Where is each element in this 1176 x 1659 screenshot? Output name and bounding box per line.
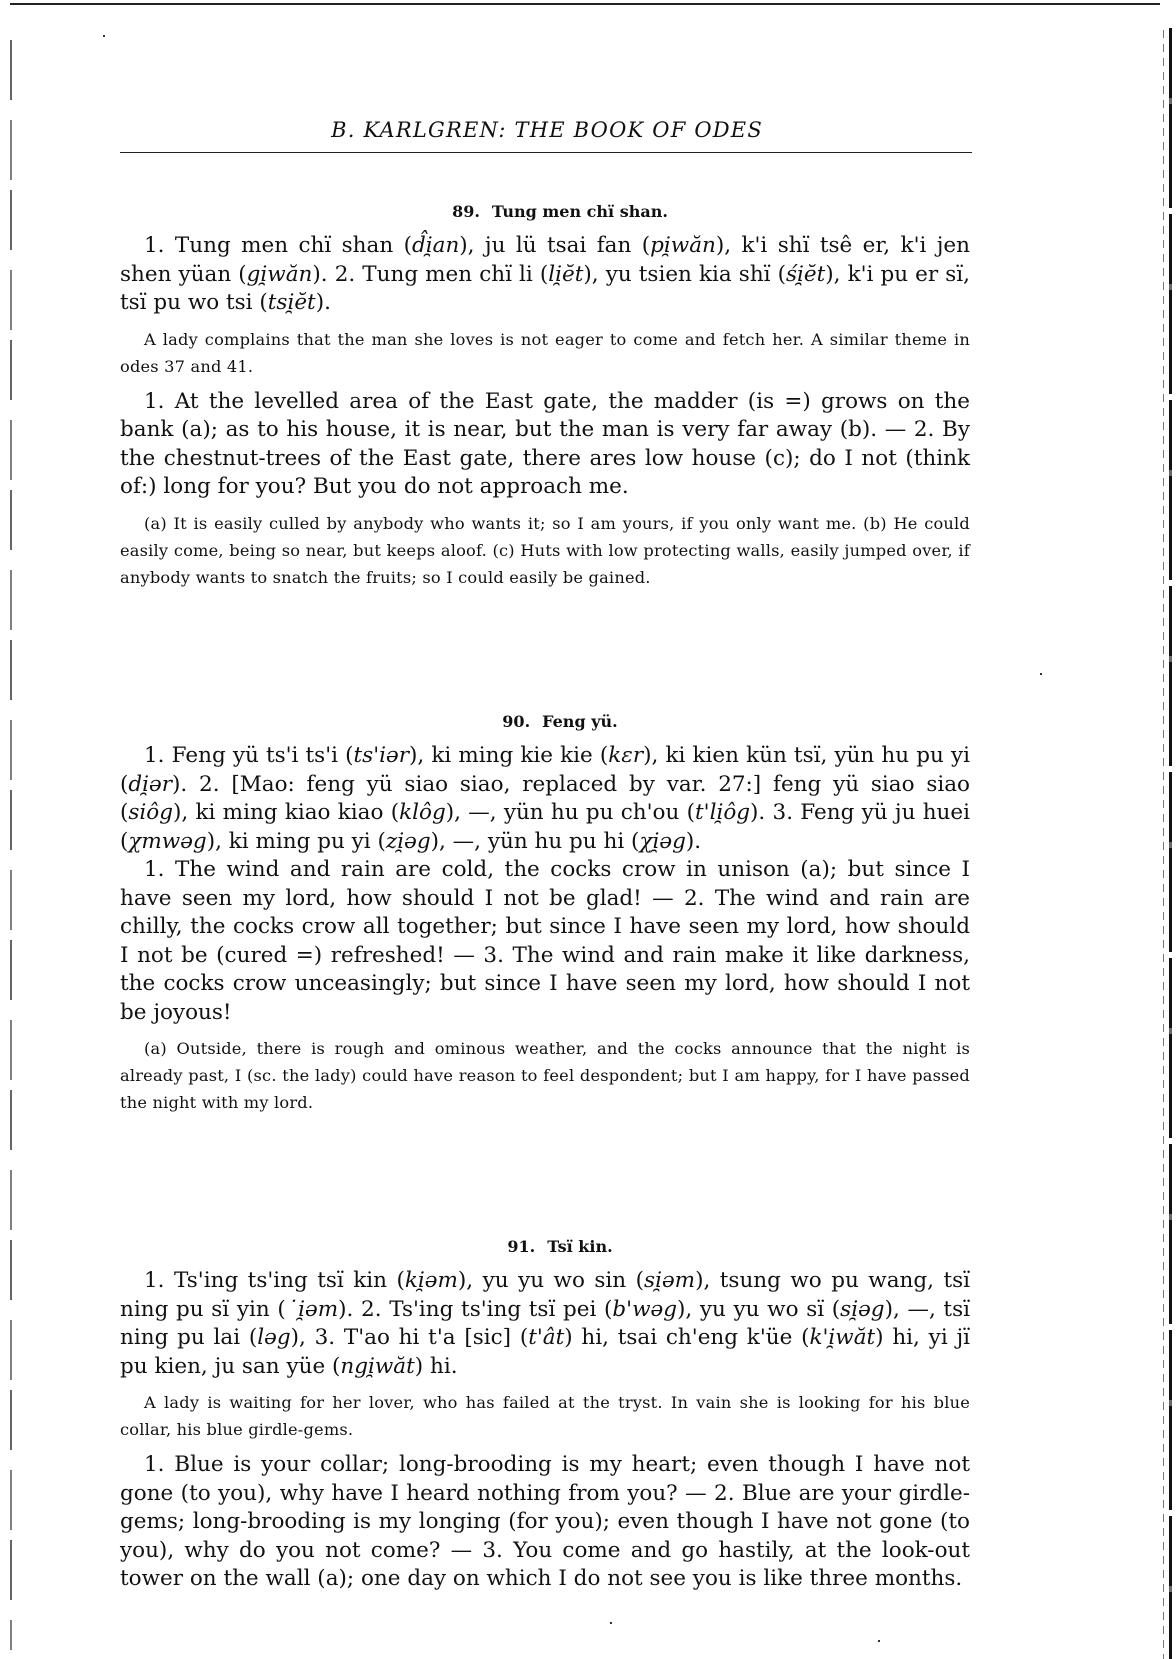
archaic-reading: tsi̯ĕt: [268, 290, 316, 315]
archaic-reading: χmwəg: [128, 829, 206, 854]
archaic-reading: si̯əg: [840, 1297, 884, 1322]
ode-number: 91.: [507, 1237, 535, 1256]
ode-name: Feng yü.: [542, 712, 618, 731]
ode-91: 91.Tsï kin. 1. Ts'ing ts'ing tsï kin (ki…: [120, 1237, 970, 1594]
archaic-reading: siôg: [128, 800, 173, 825]
ode-title: 90.Feng yü.: [150, 712, 970, 732]
ode-translation: 1. At the levelled area of the East gate…: [120, 388, 970, 502]
archaic-reading: ki̯əm: [405, 1268, 458, 1293]
archaic-reading: klôg: [399, 800, 446, 825]
ode-transcription: 1. Tung men chï shan (d̂i̯an), ju lü tsa…: [120, 232, 970, 318]
header-rule: [120, 152, 972, 153]
ode-title: 91.Tsï kin.: [150, 1237, 970, 1257]
archaic-reading: k'i̯wăt: [809, 1325, 875, 1350]
scan-edge-top: [10, 3, 1160, 5]
ode-name: Tung men chï shan.: [492, 202, 668, 221]
ode-89: 89.Tung men chï shan. 1. Tung men chï sh…: [120, 202, 970, 591]
scan-edge-left: [10, 40, 12, 1650]
book-page: B. KARLGREN: THE BOOK OF ODES 89.Tung me…: [120, 112, 970, 153]
ode-notes: (a) Outside, there is rough and ominous …: [120, 1035, 970, 1116]
archaic-reading: ts'iər: [354, 743, 409, 768]
archaic-reading: t'li̯ôg: [695, 800, 750, 825]
ode-number: 89.: [452, 202, 480, 221]
archaic-reading: di̯ər: [128, 772, 172, 797]
ode-translation: 1. The wind and rain are cold, the cocks…: [120, 856, 970, 1027]
archaic-reading: χi̯əg: [639, 829, 685, 854]
archaic-reading: ˙i̯əm: [286, 1297, 338, 1322]
archaic-reading: li̯ĕt: [548, 262, 583, 287]
archaic-reading: si̯əm: [644, 1268, 695, 1293]
ode-summary: A lady is waiting for her lover, who has…: [120, 1389, 970, 1443]
ode-translation: 1. Blue is your collar; long-brooding is…: [120, 1451, 970, 1594]
archaic-reading: d̂i̯an: [412, 233, 459, 258]
scan-speck: [103, 35, 105, 37]
ode-notes: (a) It is easily culled by anybody who w…: [120, 510, 970, 591]
archaic-reading: ləg: [257, 1325, 290, 1350]
ode-transcription: 1. Ts'ing ts'ing tsï kin (ki̯əm), yu yu …: [120, 1267, 970, 1381]
scan-speck: [1040, 673, 1042, 675]
archaic-reading: ngi̯wăt: [340, 1354, 414, 1379]
ode-transcription: 1. Feng yü ts'i ts'i (ts'iər), ki ming k…: [120, 742, 970, 856]
scan-edge-right-inner: [1163, 30, 1164, 1659]
scan-speck: [878, 1640, 880, 1642]
ode-summary: A lady complains that the man she loves …: [120, 326, 970, 380]
ode-90: 90.Feng yü. 1. Feng yü ts'i ts'i (ts'iər…: [120, 712, 970, 1116]
ode-number: 90.: [502, 712, 530, 731]
scan-speck: [610, 1622, 612, 1624]
archaic-reading: gi̯wăn: [247, 262, 313, 287]
ode-title: 89.Tung men chï shan.: [150, 202, 970, 222]
archaic-reading: pi̯wăn: [650, 233, 716, 258]
ode-name: Tsï kin.: [547, 1237, 612, 1256]
archaic-reading: śi̯ĕt: [786, 262, 825, 287]
archaic-reading: t'ât: [528, 1325, 564, 1350]
scan-edge-right: [1169, 28, 1172, 1659]
archaic-reading: kɛr: [608, 743, 643, 768]
archaic-reading: zi̯əg: [386, 829, 431, 854]
archaic-reading: b'wəg: [612, 1297, 677, 1322]
running-head: B. KARLGREN: THE BOOK OF ODES: [124, 112, 970, 148]
